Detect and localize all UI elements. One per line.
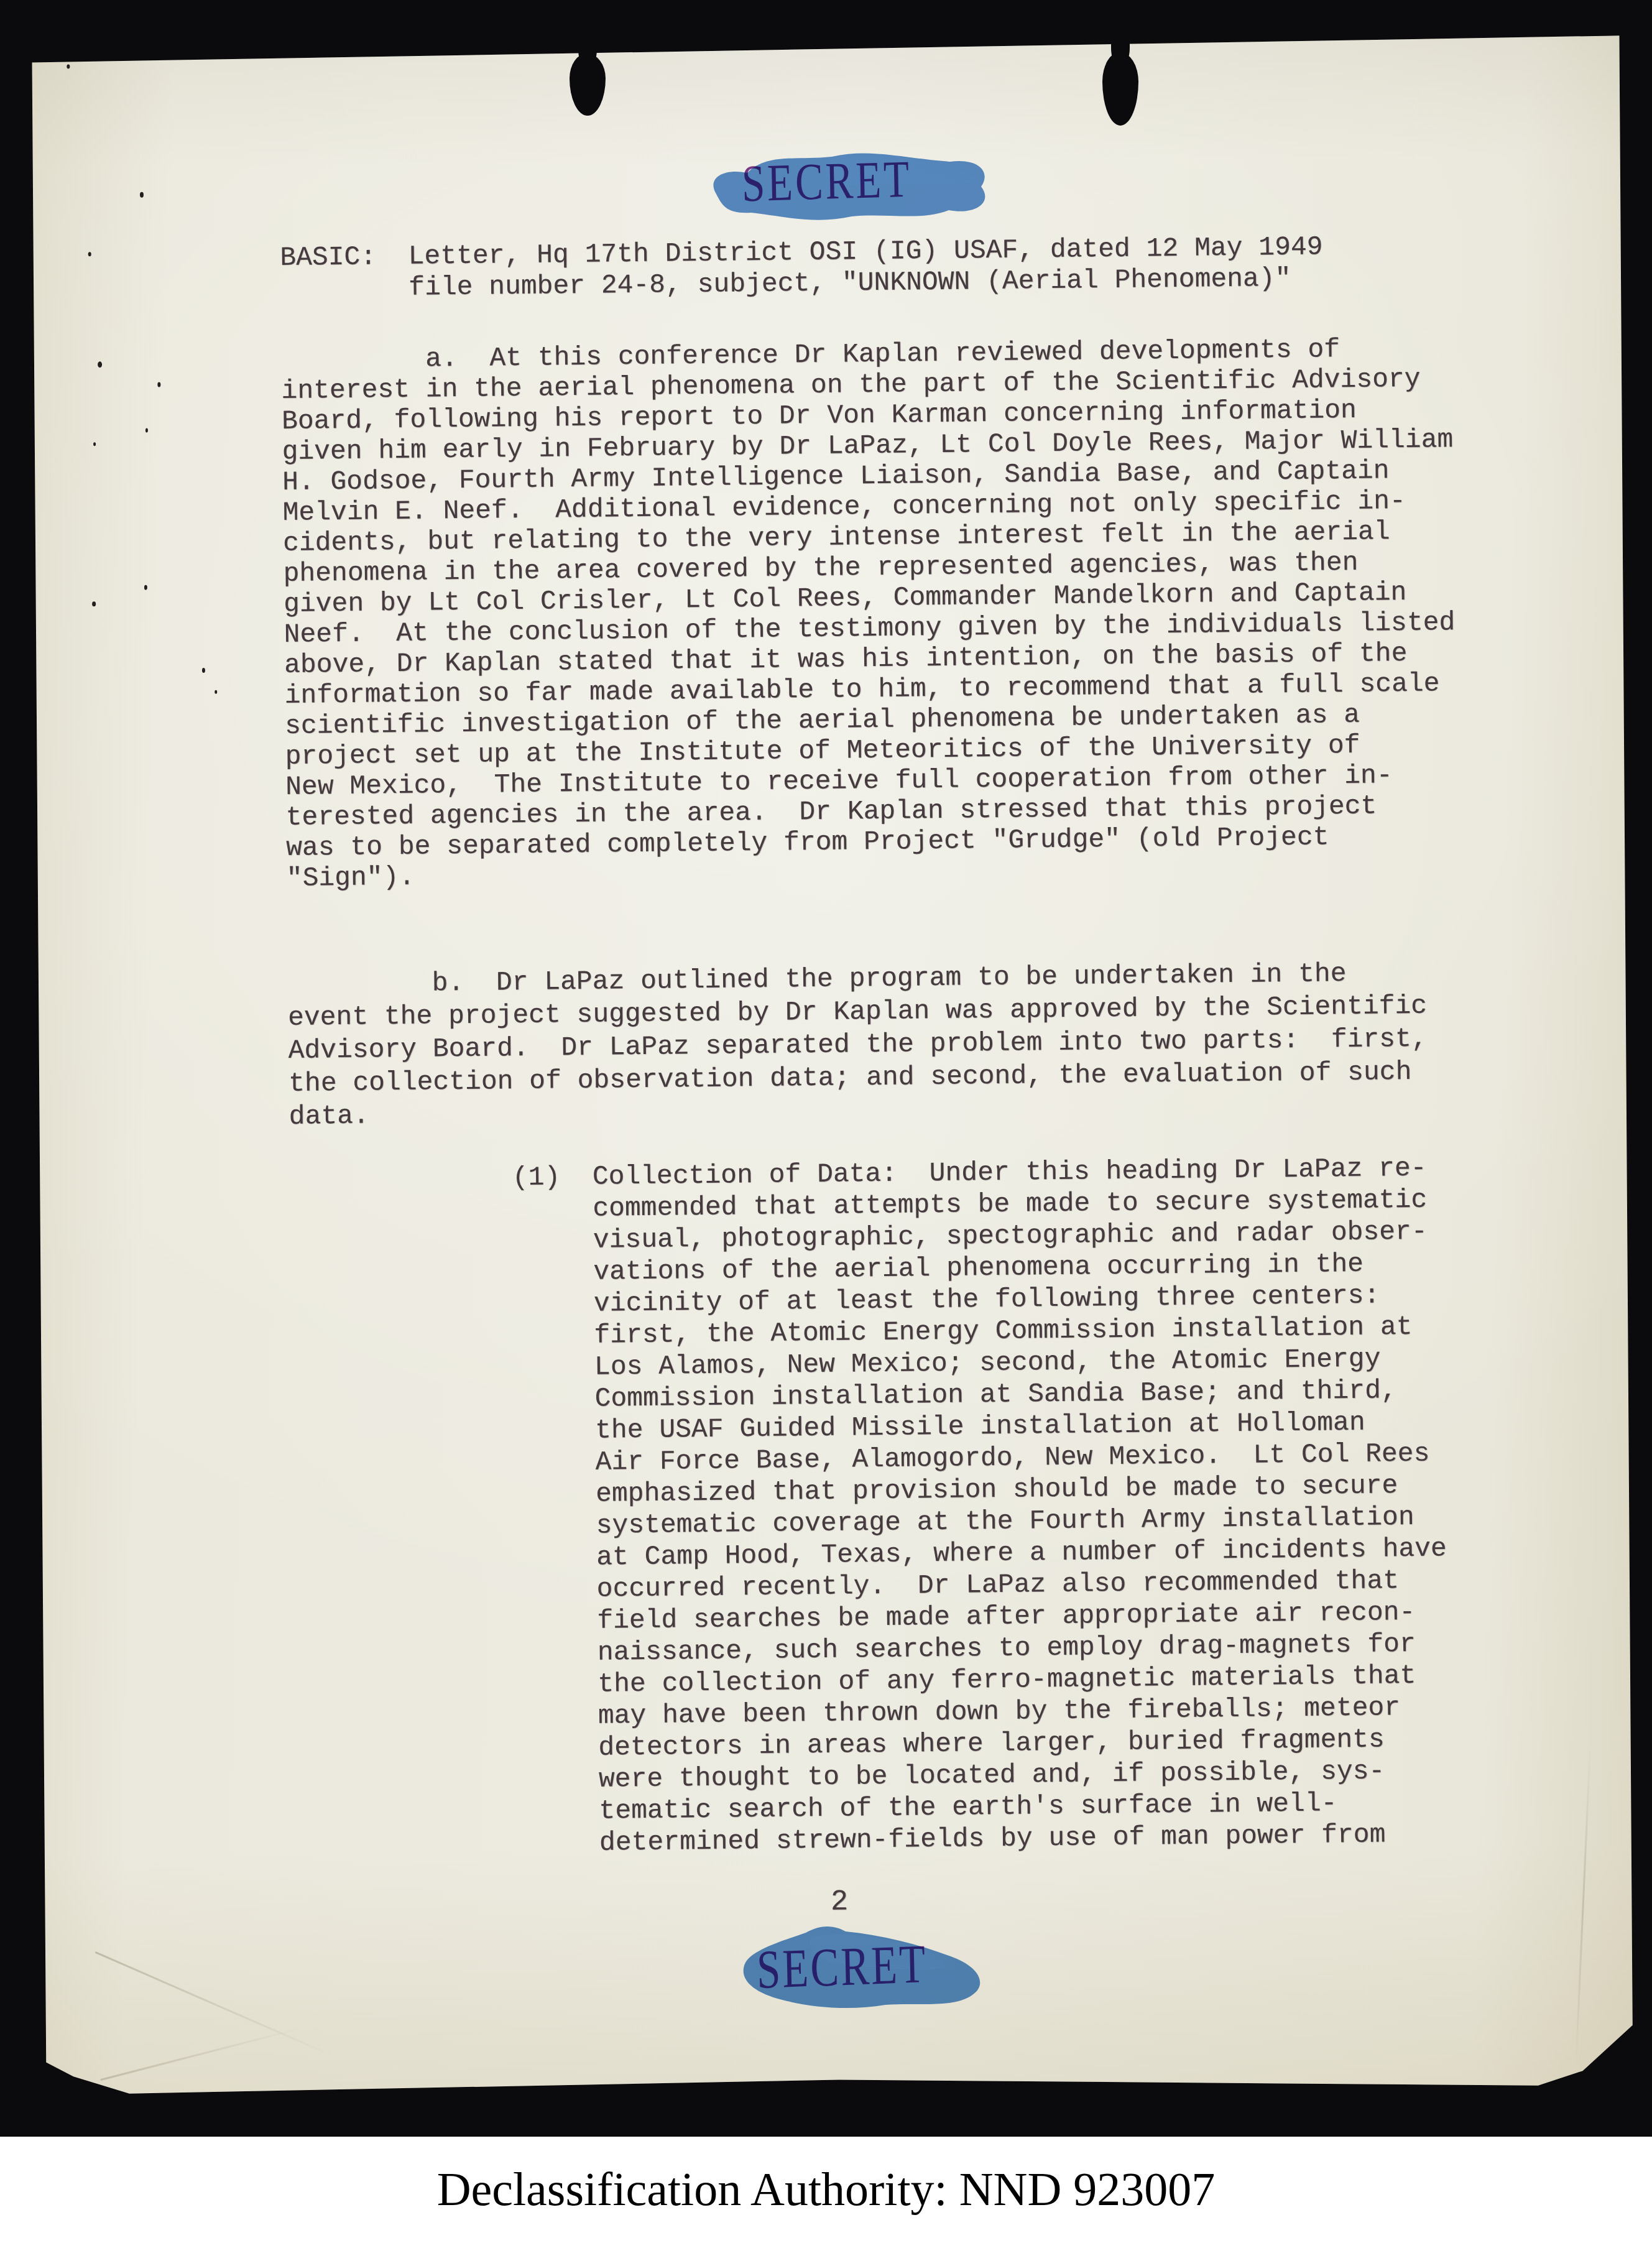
paper-speck bbox=[140, 192, 144, 198]
paper-speck bbox=[215, 690, 217, 694]
blue-marker-stroke bbox=[701, 144, 1000, 238]
paper-speck bbox=[93, 442, 96, 446]
paragraph-b: b. Dr LaPaz outlined the program to be u… bbox=[287, 955, 1533, 1133]
paper-speck bbox=[145, 428, 148, 433]
typed-content: BASIC: Letter, Hq 17th District OSI (IG)… bbox=[280, 229, 1541, 1924]
paragraph-a: a. At this conference Dr Kaplan reviewed… bbox=[281, 332, 1530, 894]
declassification-footer: Declassification Authority: NND 923007 bbox=[0, 2137, 1652, 2243]
paper-speck bbox=[67, 65, 70, 69]
basic-reference: BASIC: Letter, Hq 17th District OSI (IG)… bbox=[280, 229, 1524, 305]
paper-speck bbox=[92, 601, 96, 606]
paper-crease bbox=[100, 2028, 299, 2081]
paper-speck bbox=[202, 668, 205, 673]
secret-stamp-top: SECRET bbox=[701, 144, 1000, 225]
paper-speck bbox=[98, 361, 102, 368]
paper-speck bbox=[157, 382, 160, 387]
paper-crease bbox=[1575, 1744, 1591, 2068]
paper-crease bbox=[95, 1951, 335, 2058]
declassification-authority-text: Declassification Authority: NND 923007 bbox=[437, 2163, 1216, 2217]
blue-marker-stroke bbox=[713, 1923, 999, 2016]
paper-speck bbox=[144, 585, 147, 590]
scanned-document: SECRET BASIC: Letter, Hq 17th District O… bbox=[0, 0, 1652, 2243]
paper-speck bbox=[88, 252, 91, 256]
secret-stamp-bottom: SECRET bbox=[713, 1923, 999, 2016]
paragraph-item-1: (1) Collection of Data: Under this headi… bbox=[512, 1151, 1540, 1859]
